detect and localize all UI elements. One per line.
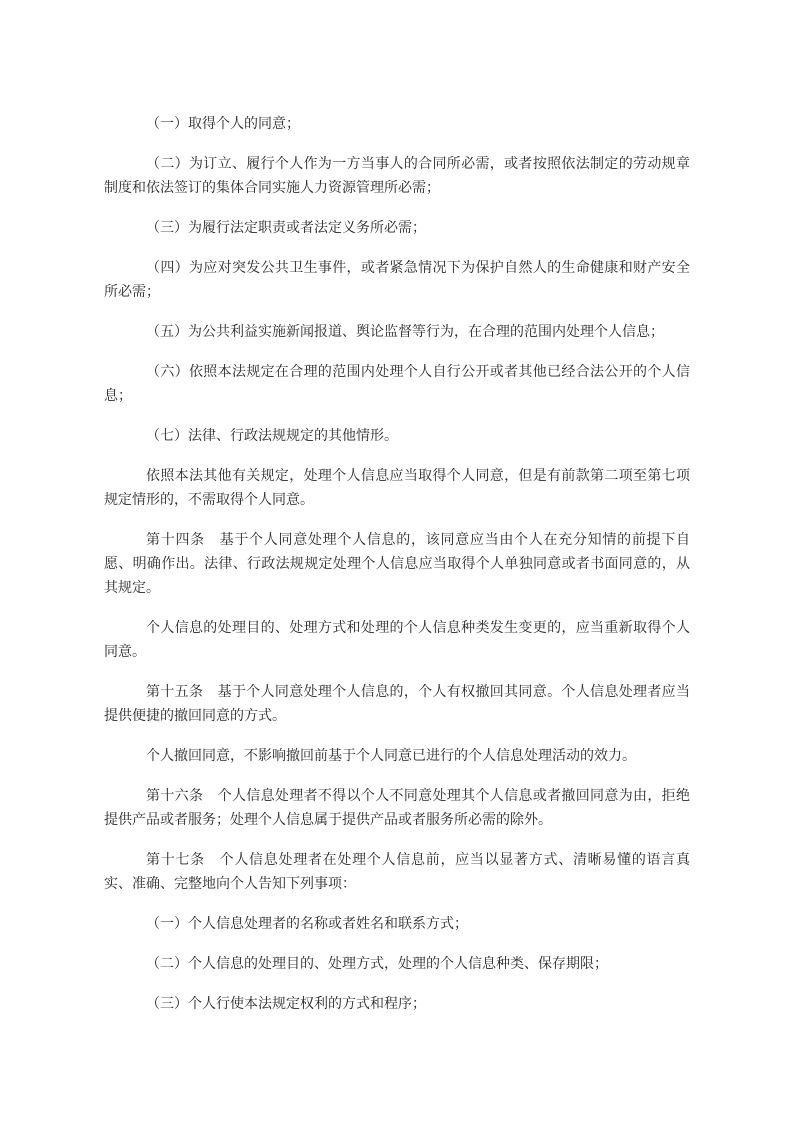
article-16-paragraph: 第十六条 个人信息处理者不得以个人不同意处理其个人信息或者撤回同意为由，拒绝提供…	[104, 785, 690, 833]
article-15-paragraph-1: 第十五条 基于个人同意处理个人信息的，个人有权撤回其同意。个人信息处理者应当提供…	[104, 681, 690, 729]
list-item-5: （五）为公共利益实施新闻报道、舆论监督等行为，在合理的范围内处理个人信息；	[104, 321, 690, 345]
article-17-item-3: （三）个人行使本法规定权利的方式和程序；	[104, 993, 690, 1017]
article-14-paragraph-2: 个人信息的处理目的、处理方式和处理的个人信息种类发生变更的，应当重新取得个人同意…	[104, 617, 690, 665]
article-17-item-1: （一）个人信息处理者的名称或者姓名和联系方式；	[104, 913, 690, 937]
article-15-paragraph-2: 个人撤回同意，不影响撤回前基于个人同意已进行的个人信息处理活动的效力。	[104, 745, 690, 769]
list-item-4: （四）为应对突发公共卫生事件，或者紧急情况下为保护自然人的生命健康和财产安全所必…	[104, 257, 690, 305]
list-item-6: （六）依照本法规定在合理的范围内处理个人自行公开或者其他已经合法公开的个人信息；	[104, 361, 690, 409]
article-17-intro-paragraph: 第十七条 个人信息处理者在处理个人信息前，应当以显著方式、清晰易懂的语言真实、准…	[104, 849, 690, 897]
list-item-1: （一）取得个人的同意；	[104, 113, 690, 137]
list-item-7: （七）法律、行政法规规定的其他情形。	[104, 425, 690, 449]
document-text-body: （一）取得个人的同意； （二）为订立、履行个人作为一方当事人的合同所必需，或者按…	[104, 113, 690, 1017]
list-item-2: （二）为订立、履行个人作为一方当事人的合同所必需，或者按照依法制定的劳动规章制度…	[104, 153, 690, 201]
article-17-item-2: （二）个人信息的处理目的、处理方式，处理的个人信息种类、保存期限；	[104, 953, 690, 977]
consent-exception-paragraph: 依照本法其他有关规定，处理个人信息应当取得个人同意，但是有前款第二项至第七项规定…	[104, 465, 690, 513]
article-14-paragraph-1: 第十四条 基于个人同意处理个人信息的，该同意应当由个人在充分知情的前提下自愿、明…	[104, 529, 690, 601]
document-page: （一）取得个人的同意； （二）为订立、履行个人作为一方当事人的合同所必需，或者按…	[0, 0, 793, 1122]
list-item-3: （三）为履行法定职责或者法定义务所必需；	[104, 217, 690, 241]
